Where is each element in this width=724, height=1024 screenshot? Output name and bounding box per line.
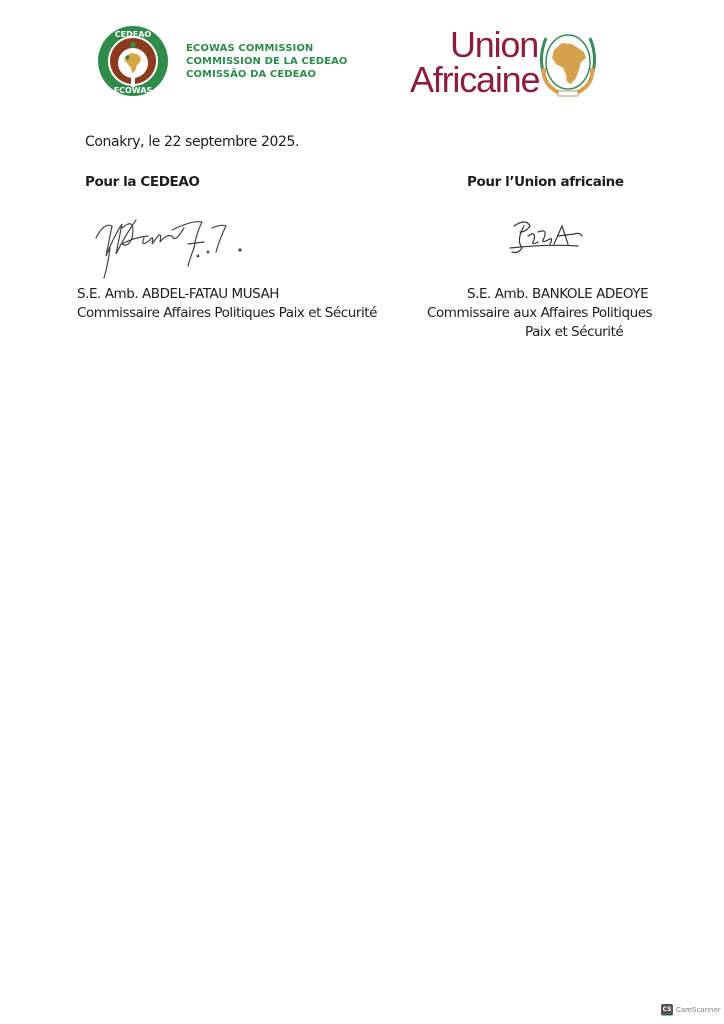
ecowas-line-1: ECOWAS COMMISSION: [186, 42, 348, 55]
au-line-union: Union: [410, 27, 539, 62]
ecowas-title: ECOWAS COMMISSION COMMISSION DE LA CEDEA…: [186, 42, 348, 81]
signatory-title-au-line-2: Paix et Sécurité: [427, 323, 652, 342]
handwritten-signature-icon: [92, 208, 272, 288]
signatory-block-au: S.E. Amb. BANKOLE ADEOYE Commissaire aux…: [427, 285, 652, 342]
au-emblem: [534, 28, 602, 100]
signatory-label-ecowas: Pour la CEDEAO: [85, 174, 199, 190]
camscanner-logo-icon: CS: [661, 1004, 673, 1016]
signatory-title-ecowas: Commissaire Affaires Politiques Paix et …: [77, 304, 377, 323]
ecowas-ring-bottom: ECOWAS: [114, 86, 153, 95]
signatory-name-ecowas: S.E. Amb. ABDEL-FATAU MUSAH: [77, 285, 377, 304]
signature-ecowas: [92, 208, 272, 288]
signatory-title-au-line-1: Commissaire aux Affaires Politiques: [427, 304, 652, 323]
signature-au: [508, 218, 588, 260]
au-line-africaine: Africaine: [410, 62, 539, 97]
africa-map-emblem-icon: [534, 28, 602, 100]
ecowas-line-2: COMMISSION DE LA CEDEAO: [186, 55, 348, 68]
camscanner-label: CamScanner: [676, 1006, 721, 1014]
date-line: Conakry, le 22 septembre 2025.: [85, 134, 299, 150]
signatory-label-au: Pour l’Union africaine: [467, 174, 624, 190]
signatory-name-au: S.E. Amb. BANKOLE ADEOYE: [427, 285, 652, 304]
ecowas-logo: CEDEAO ECOWAS: [97, 25, 169, 97]
ecowas-line-3: COMISSÃO DA CEDEAO: [186, 68, 348, 81]
handwritten-signature-icon: [508, 218, 588, 260]
camscanner-watermark: CS CamScanner: [661, 1004, 721, 1016]
au-wordmark: Union Africaine: [410, 27, 539, 97]
ecowas-ring-top: CEDEAO: [115, 30, 152, 39]
ecowas-emblem-icon: CEDEAO ECOWAS: [97, 25, 169, 97]
signatory-block-ecowas: S.E. Amb. ABDEL-FATAU MUSAH Commissaire …: [77, 285, 377, 323]
